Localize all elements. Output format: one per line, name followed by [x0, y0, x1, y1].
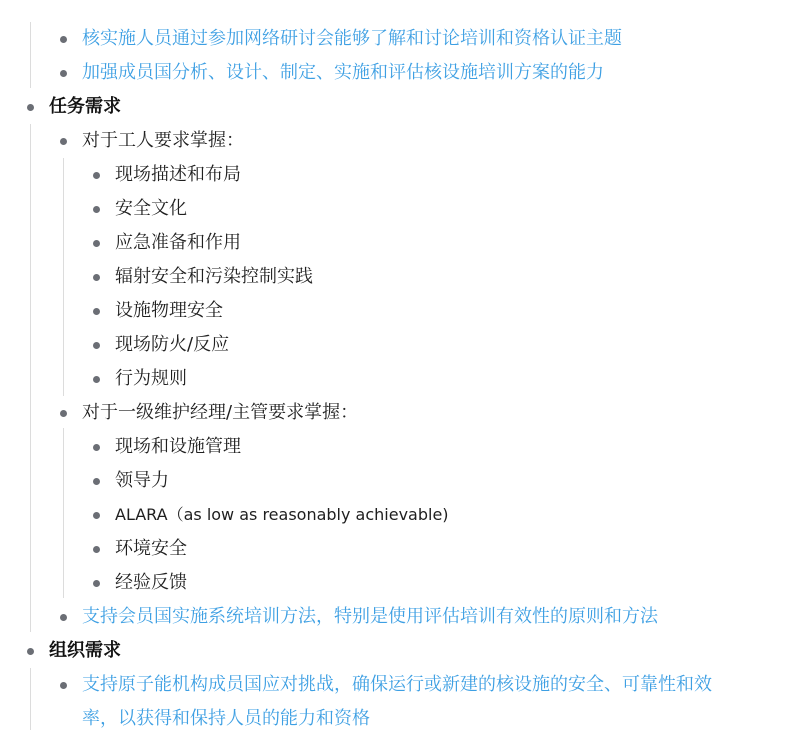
list-item-text: 辐射安全和污染控制实践 [115, 260, 313, 294]
list-item-text: 行为规则 [115, 362, 187, 396]
list-item-text: 经验反馈 [115, 566, 187, 600]
outline-guide-level2 [63, 428, 64, 598]
outline-guide-level1 [30, 22, 31, 88]
bullet-icon [93, 546, 100, 553]
list-item-text: 领导力 [115, 464, 169, 498]
bullet-icon [93, 478, 100, 485]
bullet-icon [93, 512, 100, 519]
list-item-text: 设施物理安全 [115, 294, 223, 328]
section-heading: 任务需求 [49, 90, 121, 124]
list-item-label: 对于一级维护经理/主管要求掌握： [82, 396, 358, 430]
bullet-icon [93, 444, 100, 451]
section-heading: 组织需求 [49, 634, 121, 668]
list-item-link[interactable]: 支持原子能机构成员国应对挑战，确保运行或新建的核设施的安全、可靠性和效率，以获得… [82, 668, 742, 736]
bullet-icon [27, 648, 34, 655]
list-item-text: 现场和设施管理 [115, 430, 241, 464]
list-item-text: 环境安全 [115, 532, 187, 566]
bullet-icon [27, 104, 34, 111]
list-item-text: 应急准备和作用 [115, 226, 241, 260]
bullet-icon [93, 240, 100, 247]
bullet-icon [93, 580, 100, 587]
bullet-icon [60, 70, 67, 77]
bullet-icon [60, 410, 67, 417]
bullet-icon [60, 138, 67, 145]
list-item-text: 安全文化 [115, 192, 187, 226]
list-item-link[interactable]: 核实施人员通过参加网络研讨会能够了解和讨论培训和资格认证主题 [82, 22, 622, 56]
list-item-label: 对于工人要求掌握： [82, 124, 244, 158]
list-item-text: 现场防火/反应 [115, 328, 229, 362]
bullet-icon [60, 36, 67, 43]
list-item[interactable]: 支持原子能机构成员国应对挑战，确保运行或新建的核设施的安全、可靠性和效率，以获得… [60, 668, 740, 736]
list-item-link[interactable]: 支持会员国实施系统培训方法，特别是使用评估培训有效性的原则和方法 [82, 600, 658, 634]
list-item-text: ALARA（as low as reasonably achievable) [115, 498, 449, 532]
bullet-icon [93, 376, 100, 383]
outline-guide-level2 [63, 158, 64, 396]
bullet-icon [60, 682, 67, 689]
list-item-text: 现场描述和布局 [115, 158, 241, 192]
bullet-icon [93, 308, 100, 315]
bullet-icon [93, 342, 100, 349]
outline-guide-level1 [30, 124, 31, 632]
list-item-link[interactable]: 加强成员国分析、设计、制定、实施和评估核设施培训方案的能力 [82, 56, 604, 90]
bullet-icon [93, 274, 100, 281]
bullet-icon [93, 206, 100, 213]
outline-guide-level1 [30, 668, 31, 730]
bullet-icon [93, 172, 100, 179]
bullet-icon [60, 614, 67, 621]
